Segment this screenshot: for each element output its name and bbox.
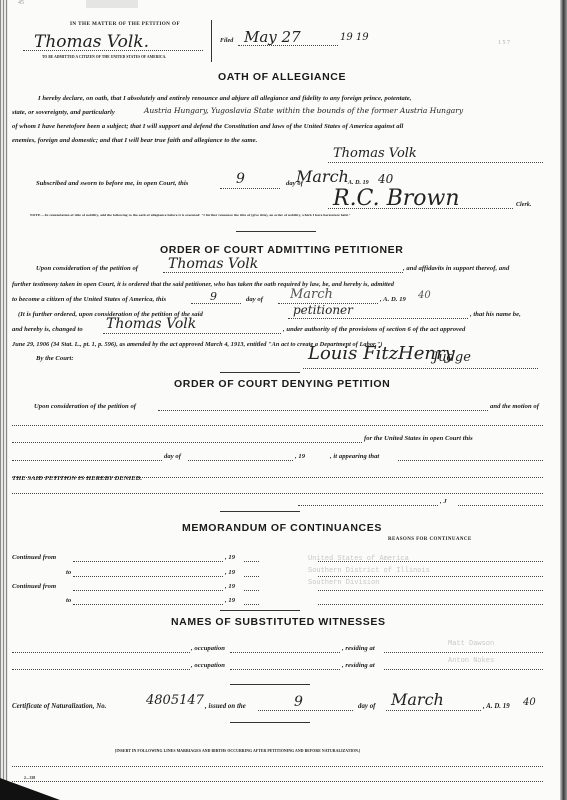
continuance-row-year: , 19 bbox=[225, 583, 235, 590]
matter-label: IN THE MATTER OF THE PETITION OF bbox=[70, 21, 180, 27]
admitting-month: March bbox=[290, 287, 333, 302]
admitting-ad: , A. D. 19 bbox=[380, 296, 406, 303]
continuance-row-year: , 19 bbox=[225, 554, 235, 561]
denying-line-1-post: and the motion of bbox=[490, 403, 539, 410]
denying-dayof: day of bbox=[164, 453, 181, 460]
subscribed-month: March bbox=[296, 167, 349, 186]
reasons-label: REASONS FOR CONTINUANCE bbox=[388, 537, 472, 542]
petitioner-signature: Thomas Volk bbox=[333, 146, 417, 161]
denying-judge-label: , J bbox=[440, 498, 447, 505]
witness-residing-label: , residing at bbox=[342, 662, 375, 669]
continuance-row-label: to bbox=[66, 597, 71, 604]
admitting-line-1: Upon consideration of the petition of bbox=[36, 265, 138, 272]
denying-line-3-post: for the United States in open Court this bbox=[364, 435, 473, 442]
admitted-label: TO BE ADMITTED A CITIZEN OF THE UNITED S… bbox=[42, 55, 166, 59]
scan-right-edge bbox=[560, 0, 567, 800]
admitting-year: 40 bbox=[418, 290, 431, 301]
paper-stamp bbox=[86, 0, 138, 8]
continuance-row-year: , 19 bbox=[225, 569, 235, 576]
denying-appearing: , it appearing that bbox=[330, 453, 379, 460]
admitting-line-3: to become a citizen of the United States… bbox=[12, 296, 166, 303]
admitting-line-5-post: , under authority of the provisions of s… bbox=[283, 326, 465, 333]
continuance-row-year: , 19 bbox=[225, 597, 235, 604]
admitting-line-4-post: , that his name be, bbox=[470, 311, 521, 318]
clerk-label: Clerk. bbox=[516, 202, 531, 208]
certificate-ad-label: , A. D. 19 bbox=[483, 703, 510, 710]
subscribed-day: 9 bbox=[236, 171, 245, 187]
witness-residing-label: , residing at bbox=[342, 645, 375, 652]
certificate-day: 9 bbox=[294, 694, 303, 710]
admitting-line-2: further testimony taken in open Court, i… bbox=[12, 281, 394, 288]
certificate-issued-label: , issued on the bbox=[205, 703, 246, 710]
scan-shadow-corner bbox=[0, 778, 60, 800]
continuance-row-label: Continued from bbox=[12, 583, 56, 590]
admitting-line-5: and hereby is, changed to bbox=[12, 326, 83, 333]
continuance-row-label: to bbox=[66, 569, 71, 576]
denying-line-1: Upon consideration of the petition of bbox=[34, 403, 136, 410]
oath-line-1: I hereby declare, on oath, that I absolu… bbox=[38, 95, 411, 102]
filed-label: Filed bbox=[220, 38, 233, 44]
petition-denied: THE SAID PETITION IS HEREBY DENIED. bbox=[12, 475, 142, 482]
certificate-number: 4805147 bbox=[146, 693, 204, 708]
oath-title: OATH OF ALLEGIANCE bbox=[218, 71, 346, 83]
continuances-title: MEMORANDUM OF CONTINUANCES bbox=[182, 522, 382, 534]
witnesses-title: NAMES OF SUBSTITUTED WITNESSES bbox=[171, 616, 386, 628]
witness-occupation-label: , occupation bbox=[191, 645, 225, 652]
bleed-through-text: United States of America bbox=[308, 555, 409, 563]
admitting-day: 9 bbox=[210, 290, 217, 303]
witness-occupation-label: , occupation bbox=[191, 662, 225, 669]
corner-mark: 45 bbox=[18, 0, 24, 6]
nobility-note: NOTE.—In renunciation of title of nobili… bbox=[30, 213, 351, 217]
sovereignty-handwritten: Austria Hungary, Yugoslavia State within… bbox=[144, 106, 463, 115]
filed-date: May 27 bbox=[244, 28, 301, 46]
petitioner-name: Thomas Volk. bbox=[34, 32, 149, 52]
filed-year: 19 19 bbox=[340, 32, 369, 43]
bracket bbox=[211, 20, 212, 62]
footer-instruction: [INSERT IN FOLLOWING LINES MARRIAGES AND… bbox=[115, 749, 360, 753]
admitting-petitioner-word: petitioner bbox=[293, 303, 353, 317]
bleed-through-text: Anton Nokes bbox=[448, 657, 494, 665]
page-number: 1 5 7 bbox=[498, 40, 510, 46]
bleed-through-text: Southern District of Illinois bbox=[308, 567, 430, 575]
certificate-dayof-label: day of bbox=[358, 703, 375, 710]
subscribed-year: 40 bbox=[378, 172, 393, 186]
certificate-month: March bbox=[391, 690, 444, 709]
oath-line-4: enemies, foreign and domestic; and that … bbox=[12, 137, 257, 144]
oath-line-2: state, or sovereignty, and particularly bbox=[12, 109, 115, 116]
judge-title-handwritten: Judge bbox=[433, 350, 471, 365]
scan-left-edge bbox=[0, 0, 8, 800]
by-court-label: By the Court: bbox=[36, 355, 74, 362]
bleed-through-text: Matt Dawson bbox=[448, 640, 494, 648]
bleed-through-text: Southern Division bbox=[308, 579, 379, 587]
admitting-dayof: day of bbox=[246, 296, 263, 303]
denying-year: , 19 bbox=[295, 453, 305, 460]
certificate-year: 40 bbox=[523, 697, 536, 708]
naturalization-document: 45 IN THE MATTER OF THE PETITION OF Thom… bbox=[8, 0, 560, 800]
subscribed-label: Subscribed and sworn to before me, in op… bbox=[36, 180, 188, 187]
admitting-title: ORDER OF COURT ADMITTING PETITIONER bbox=[160, 244, 403, 256]
continuance-row-label: Continued from bbox=[12, 554, 56, 561]
certificate-label: Certificate of Naturalization, No. bbox=[12, 703, 106, 710]
new-name: Thomas Volk bbox=[106, 316, 196, 332]
admitting-line-1-post: , and affidavits in support thereof, and bbox=[403, 265, 509, 272]
oath-line-3: of whom I have heretofore been a subject… bbox=[12, 123, 403, 130]
admitting-petitioner-name: Thomas Volk bbox=[168, 256, 258, 272]
denying-title: ORDER OF COURT DENYING PETITION bbox=[174, 378, 390, 390]
